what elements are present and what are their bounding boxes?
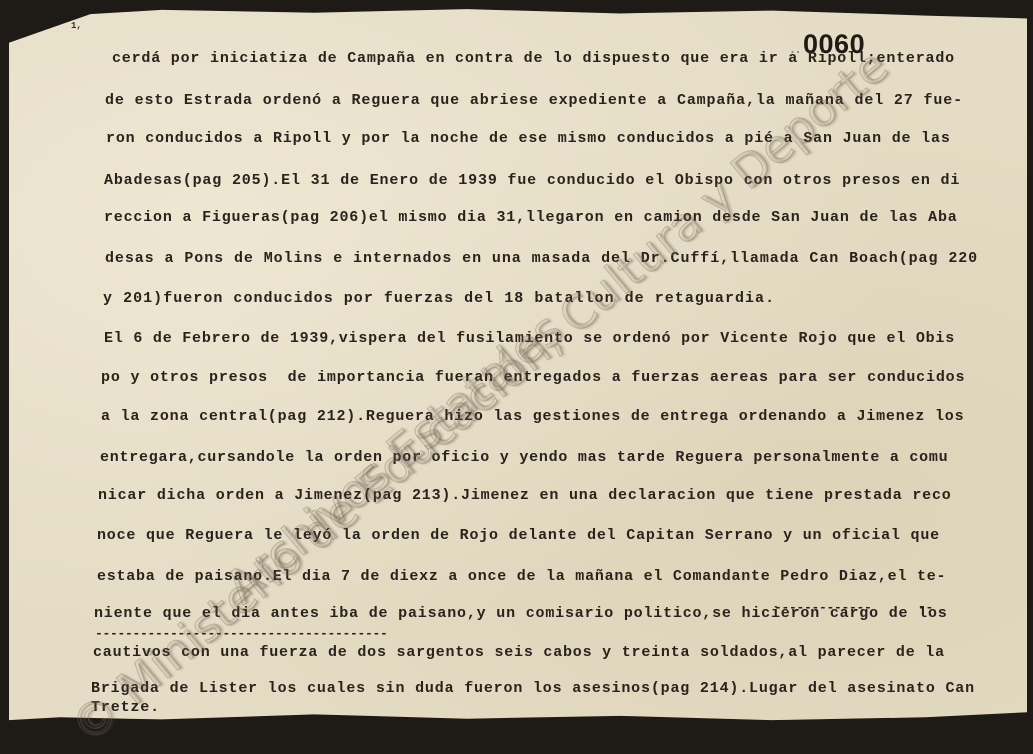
text-line: entregara,cursandole la orden por oficio… — [100, 449, 948, 466]
text-line: ron conducidos a Ripoll y por la noche d… — [106, 130, 951, 147]
underline-pedro-diaz: ------------- — [774, 600, 872, 615]
text-line: a la zona central(pag 212).Reguera hizo … — [101, 408, 964, 425]
text-line: po y otros presos de importancia fueran … — [101, 369, 965, 386]
text-line: nicar dicha orden a Jimenez(pag 213).Jim… — [98, 487, 952, 504]
text-line: Tretze. — [91, 699, 160, 716]
text-line: y 201)fueron conducidos por fuerzas del … — [103, 290, 775, 307]
underline-niente-line: --------------------------------------- — [95, 626, 388, 641]
text-line: estaba de paisano.El dia 7 de diexz a on… — [97, 568, 946, 585]
text-line: de esto Estrada ordenó a Reguera que abr… — [105, 92, 963, 109]
text-line: El 6 de Febrero de 1939,vispera del fusi… — [104, 330, 955, 347]
underline-te: -- — [918, 600, 933, 615]
text-line: Abadesas(pag 205).El 31 de Enero de 1939… — [104, 172, 960, 189]
text-line: cautivos con una fuerza de dos sargentos… — [93, 644, 945, 661]
text-line: reccion a Figueras(pag 206)el mismo dia … — [104, 209, 958, 226]
text-line: cerdá por iniciatiza de Campaña en contr… — [112, 50, 955, 67]
text-line: desas a Pons de Molins e internados en u… — [105, 250, 978, 267]
text-line: Brigada de Lister los cuales sin duda fu… — [91, 680, 975, 697]
text-line: noce que Reguera le leyó la orden de Roj… — [97, 527, 940, 544]
